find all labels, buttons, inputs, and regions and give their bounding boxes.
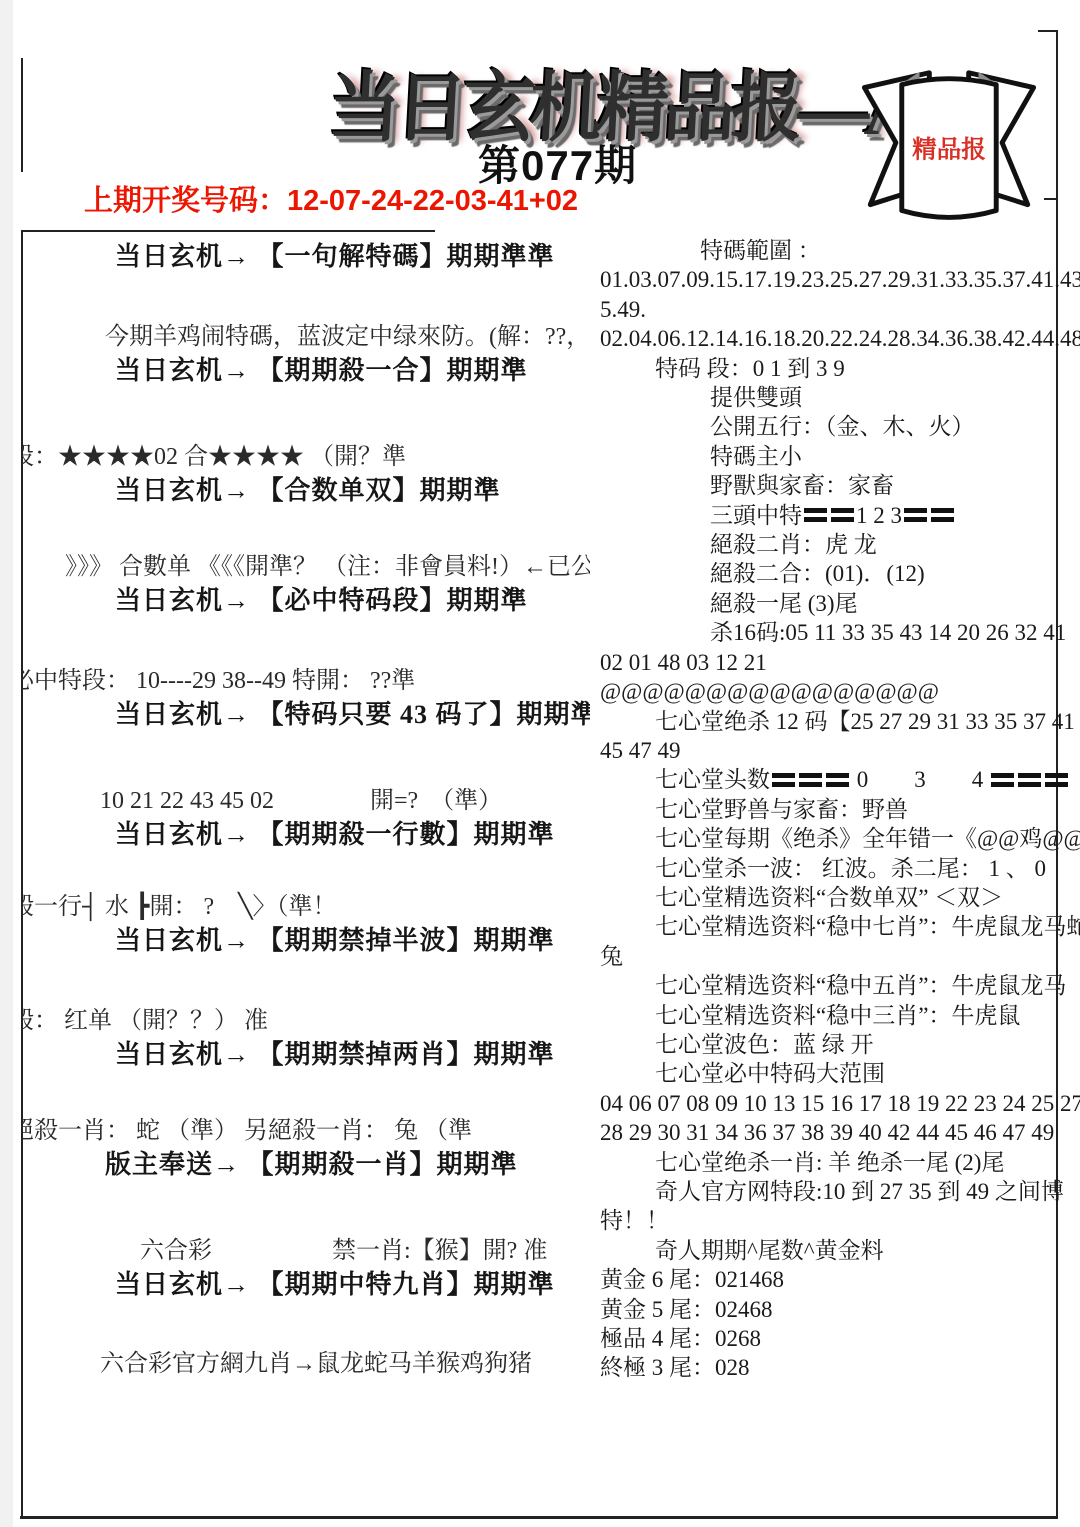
prediction-line: 01.03.07.09.15.17.19.23.25.27.29.31.33.3…	[598, 265, 1058, 294]
last-draw-numbers: 上期开奖号码：12-07-24-22-03-41+02	[84, 178, 578, 219]
prediction-line: 特碼範圍 ：	[598, 236, 1058, 265]
scanned-lottery-sheet: 当日玄机精品报—A 第077期 上期开奖号码：12-07-24-22-03-41…	[0, 0, 1080, 1527]
prediction-line: 七心堂波色：蓝 绿 开	[598, 1030, 1058, 1059]
prediction-line: @@@@@@@@@@@@@@@@	[598, 677, 1058, 706]
prediction-line: 七心堂精选资料“稳中五肖”：牛虎鼠龙马	[598, 971, 1058, 1000]
prediction-line: 02 01 48 03 12 21	[598, 648, 1058, 677]
tip-main-line: 当日玄机→ 【特码只要 43 码了】期期準))	[22, 698, 590, 732]
tip-hint-line: 》》》 合數单 《《《開準？ （注：非會員料!）←已公開	[22, 550, 590, 584]
double-bar-icon	[826, 773, 849, 787]
prediction-line: 七心堂杀一波： 红波。杀二尾： 1 、 0	[598, 854, 1058, 883]
double-bar-icon	[799, 773, 822, 787]
prediction-line: 02.04.06.12.14.16.18.20.22.24.28.34.36.3…	[598, 324, 1058, 353]
prediction-line: 公開五行：（金、木、火）	[598, 412, 1058, 441]
double-bar-icon	[991, 773, 1014, 787]
prediction-line: 04 06 07 08 09 10 13 15 16 17 18 19 22 2…	[598, 1089, 1058, 1118]
tip-main-line: 当日玄机→ 【期期禁掉两肖】期期準	[22, 1038, 590, 1072]
badge-label: 精品报	[912, 134, 986, 163]
prediction-line-text: 三頭中特	[710, 503, 802, 528]
tip-hint-line: 六合彩官方網九肖→鼠龙蛇马羊猴鸡狗猪	[22, 1347, 590, 1381]
tip-block: 殺一行┤ 水 ┣開： ? ╲〉（準！当日玄机→ 【期期禁掉半波】期期準	[22, 890, 590, 958]
prediction-line: 奇人期期^尾数^黄金料	[598, 1236, 1058, 1265]
prediction-line: 七心堂绝杀一肖: 羊 绝杀一尾 (2)尾	[598, 1148, 1058, 1177]
double-bar-icon	[931, 508, 954, 522]
prediction-line: 28 29 30 31 34 36 37 38 39 40 42 44 45 4…	[598, 1118, 1058, 1147]
prediction-line: 黄金 6 尾：021468	[598, 1265, 1058, 1294]
tip-hint-line: 今期羊鸡闹特碼，蓝波定中绿來防。(解：??，??))	[22, 320, 590, 354]
prediction-line: 七心堂精选资料“稳中三肖”：牛虎鼠	[598, 1001, 1058, 1030]
prediction-line: 三頭中特1 2 3	[598, 501, 1058, 530]
prediction-line: 絕殺二肖：虎 龙	[598, 530, 1058, 559]
prediction-line: 極品 4 尾：0268	[598, 1324, 1058, 1353]
prediction-line: 七心堂精选资料“稳中七肖”：牛虎鼠龙马蛇	[598, 912, 1058, 941]
tip-block: 六合彩官方網九肖→鼠龙蛇马羊猴鸡狗猪	[22, 1347, 590, 1381]
double-bar-icon	[804, 508, 827, 522]
prediction-line: 七心堂绝杀 12 码【25 27 29 31 33 35 37 41 43	[598, 707, 1058, 736]
prediction-line: 七心堂头数 0 3 4	[598, 765, 1058, 794]
prediction-line: 終極 3 尾：028	[598, 1353, 1058, 1382]
prediction-line: 絕殺一尾 (3)尾	[598, 589, 1058, 618]
left-column: 当日玄机→ 【一句解特碼】期期準準今期羊鸡闹特碼，蓝波定中绿來防。(解：??，?…	[22, 232, 590, 1516]
tip-main-line: 当日玄机→ 【合数单双】期期準	[22, 474, 590, 508]
ribbon-badge-graphic: 精品报	[850, 60, 1048, 242]
prediction-line-text: 1 2 3	[856, 503, 902, 528]
prediction-line: 特码 段：0 1 到 3 9	[598, 354, 1058, 383]
tip-hint-line: 絕殺一肖： 蛇 （準） 另絕殺一肖： 兔 （準	[22, 1114, 590, 1148]
scan-edge-shading	[0, 0, 13, 1527]
prediction-line: 奇人官方网特段:10 到 27 35 到 49 之间博	[598, 1177, 1058, 1206]
prediction-line: 兔	[598, 942, 1058, 971]
tip-hint-line: 必中特段： 10----29 38--49 特開： ??準	[22, 664, 590, 698]
tip-block: 殺： 红单 （開？？） 准当日玄机→ 【期期禁掉两肖】期期準	[22, 1004, 590, 1072]
double-bar-icon	[1045, 773, 1068, 787]
prediction-line: 特！！	[598, 1206, 1058, 1235]
page-border-left-top-segment	[21, 58, 23, 172]
tip-main-line: 当日玄机→ 【期期殺一行數】期期準	[22, 818, 590, 852]
tip-block: 六合彩 禁一肖:【猴】開? 准当日玄机→ 【期期中特九肖】期期準	[22, 1234, 590, 1302]
prediction-line: 45 47 49	[598, 736, 1058, 765]
double-bar-icon	[904, 508, 927, 522]
double-bar-icon	[1018, 773, 1041, 787]
tip-main-line: 当日玄机→ 【期期禁掉半波】期期準	[22, 924, 590, 958]
prediction-line: 特碼主小	[598, 442, 1058, 471]
prediction-line: 七心堂每期《绝杀》全年错一《@@鸡@@》	[598, 824, 1058, 853]
double-bar-icon	[831, 508, 854, 522]
tip-hint-line: 殺一行┤ 水 ┣開： ? ╲〉（準！	[22, 890, 590, 924]
prediction-line: 野獸與家畜：家畜	[598, 471, 1058, 500]
prediction-line: 七心堂野兽与家畜：野兽	[598, 795, 1058, 824]
tip-hint-line: 10 21 22 43 45 02 開=? （準）	[22, 784, 590, 818]
tip-block: 当日玄机→ 【一句解特碼】期期準準	[22, 240, 590, 274]
ribbon-badge: 精品报	[850, 60, 1048, 242]
tip-main-line: 当日玄机→ 【必中特码段】期期準	[22, 584, 590, 618]
prediction-line-text: 0 3 4	[851, 767, 989, 792]
tip-main-line: 当日玄机→ 【一句解特碼】期期準準	[22, 240, 590, 274]
tip-block: 段：★★★★02 合★★★★ （開？準当日玄机→ 【合数单双】期期準	[22, 440, 590, 508]
tip-block: 必中特段： 10----29 38--49 特開： ??準当日玄机→ 【特码只要…	[22, 664, 590, 732]
tip-hint-line: 段：★★★★02 合★★★★ （開？準	[22, 440, 590, 474]
tip-main-line: 当日玄机→ 【期期中特九肖】期期準	[22, 1268, 590, 1302]
prediction-line: 提供雙頭	[598, 383, 1058, 412]
prediction-line: 5.49.	[598, 295, 1058, 324]
tip-main-line: 当日玄机→ 【期期殺一合】期期準	[22, 354, 590, 388]
prediction-line-text: 七心堂头数	[655, 767, 770, 792]
prediction-line: 杀16码:05 11 33 35 43 14 20 26 32 41	[598, 618, 1058, 647]
tip-hint-line: 六合彩 禁一肖:【猴】開? 准	[22, 1234, 590, 1268]
prediction-line: 七心堂精选资料“合数单双” ＜双＞	[598, 883, 1058, 912]
prediction-line: 七心堂必中特码大范围	[598, 1059, 1058, 1088]
tip-block: 絕殺一肖： 蛇 （準） 另絕殺一肖： 兔 （準版主奉送→ 【期期殺一肖】期期準	[22, 1114, 590, 1182]
right-column: 特碼範圍 ：01.03.07.09.15.17.19.23.25.27.29.3…	[598, 236, 1058, 1396]
prediction-line: 黄金 5 尾：02468	[598, 1295, 1058, 1324]
tip-main-line: 版主奉送→ 【期期殺一肖】期期準	[22, 1148, 590, 1182]
page-border-bottom	[20, 1516, 1058, 1519]
right-border-tick-top	[1038, 30, 1056, 32]
tip-block: 今期羊鸡闹特碼，蓝波定中绿來防。(解：??，??))当日玄机→ 【期期殺一合】期…	[22, 320, 590, 388]
tip-hint-line: 殺： 红单 （開？？） 准	[22, 1004, 590, 1038]
tip-block: 》》》 合數单 《《《開準？ （注：非會員料!）←已公開当日玄机→ 【必中特码段…	[22, 550, 590, 618]
double-bar-icon	[772, 773, 795, 787]
prediction-line: 絕殺二合：(01)．(12)	[598, 559, 1058, 588]
tip-block: 10 21 22 43 45 02 開=? （準）当日玄机→ 【期期殺一行數】期…	[22, 784, 590, 852]
